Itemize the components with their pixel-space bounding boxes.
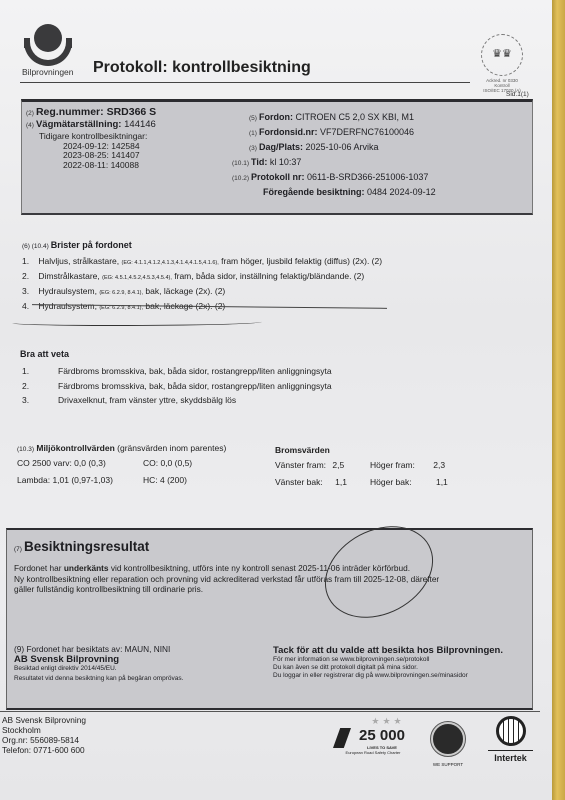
handwritten-underline xyxy=(12,319,262,326)
good-to-know-heading: Bra att veta xyxy=(20,349,69,359)
good-to-know-list: 1.Färdbroms bromsskiva, bak, båda sidor,… xyxy=(22,366,332,410)
inspector-company: AB Svensk Bilprovning xyxy=(14,655,183,665)
defect-item: 2. Dimstrålkastare, (EG: 4.5.1,4.5.2,4.5… xyxy=(22,271,382,286)
co-value: CO: 0,0 (0,5) xyxy=(143,458,192,468)
brake-left-front: Vänster fram: 2,5 xyxy=(275,460,344,470)
inspector-info: (9) Fordonet har besiktats av: MAUN, NIN… xyxy=(14,645,183,683)
defects-list: 1. Halvljus, strålkastare, (EG: 4.1.1,4.… xyxy=(22,256,382,316)
previous-inspections: Tidigare kontrollbesiktningar: 2024-09-1… xyxy=(39,132,147,170)
road-icon xyxy=(333,728,351,748)
info-line: Du kan även se ditt protokoll digitalt p… xyxy=(273,664,503,672)
stars-icon: ★★★ xyxy=(363,716,413,727)
good-to-know-item: 2.Färdbroms bromsskiva, bak, båda sidor,… xyxy=(22,381,332,396)
info-line: Du loggar in eller registrerar dig på ww… xyxy=(273,672,503,680)
intertek-badge: Intertek xyxy=(488,716,533,763)
vehicle-model-field: (5)Fordon: CITROEN C5 2,0 SX KBI, M1 xyxy=(249,112,414,122)
thanks-info: Tack för att du valde att besikta hos Bi… xyxy=(273,645,503,680)
brake-values-heading: Bromsvärden xyxy=(275,445,330,455)
intertek-globe-icon xyxy=(496,716,526,746)
global-compact-badge: WE SUPPORT xyxy=(428,716,468,767)
swedac-crowns-icon: ♛♛ xyxy=(481,34,523,76)
vin-field: (1)Fordonsid.nr: VF7DERFNC76100046 xyxy=(249,127,414,137)
globe-icon xyxy=(431,722,465,756)
road-safety-charter-badge: ★★★ 25 000 LIVES TO SAVE European Road S… xyxy=(333,716,413,755)
swedac-accreditation-badge: ♛♛ Ackred. nr 0330 Kontroll ISO/IEC 1702… xyxy=(472,34,532,96)
protocol-number-field: (10.2)Protokoll nr: 0611-B-SRD366-251006… xyxy=(232,172,428,182)
brake-right-rear: Höger bak: 1,1 xyxy=(370,477,448,487)
time-field: (10.1)Tid: kl 10:37 xyxy=(232,157,301,167)
previous-inspection-field: Föregående besiktning: 0484 2024-09-12 xyxy=(263,187,436,197)
inspection-protocol-page: Bilprovningen Protokoll: kontrollbesiktn… xyxy=(0,0,552,800)
odometer-field: (4)Vägmätarställning: 144146 xyxy=(26,119,156,130)
handwritten-circle xyxy=(309,508,449,636)
thanks-heading: Tack för att du valde att besikta hos Bi… xyxy=(273,645,503,656)
defect-item: 1. Halvljus, strålkastare, (EG: 4.1.1,4.… xyxy=(22,256,382,271)
defect-item-struck-through: 4. Hydraulsystem, (EG: 6.2.9, 8.4.1), ba… xyxy=(22,301,382,316)
emissions-heading: (10.3) Miljökontrollvärden (gränsvärden … xyxy=(17,443,226,453)
retest-note: Resultatet vid denna besiktning kan på b… xyxy=(14,674,183,684)
date-place-field: (3)Dag/Plats: 2025-10-06 Arvika xyxy=(249,142,379,152)
brand-name: Bilprovningen xyxy=(22,67,74,77)
result-text: Fordonet har underkänts vid kontrollbesi… xyxy=(14,563,524,595)
previous-inspection-row: 2022-08-11: 140088 xyxy=(39,161,147,171)
company-address: AB Svensk Bilprovning Stockholm Org.nr: … xyxy=(2,715,86,755)
defect-item: 3. Hydraulsystem, (EG: 6.2.9, 8.4.1), ba… xyxy=(22,286,382,301)
directive-note: Besiktad enligt direktiv 2014/45/EU. xyxy=(14,664,183,674)
defects-heading: (6) (10.4)Brister på fordonet xyxy=(22,240,132,250)
lambda-value: Lambda: 1,01 (0,97-1,03) xyxy=(17,475,113,485)
good-to-know-item: 3.Drivaxelknut, fram vänster yttre, skyd… xyxy=(22,395,332,410)
vehicle-info-box: (2)Reg.nummer: SRD366 S (4)Vägmätarställ… xyxy=(21,99,533,215)
good-to-know-item: 1.Färdbroms bromsskiva, bak, båda sidor,… xyxy=(22,366,332,381)
brake-left-rear: Vänster bak: 1,1 xyxy=(275,477,347,487)
reg-number-field: (2)Reg.nummer: SRD366 S xyxy=(26,106,156,118)
brake-right-front: Höger fram: 2,3 xyxy=(370,460,445,470)
inspection-result-box: (7)Besiktningsresultat Fordonet har unde… xyxy=(6,528,533,710)
result-heading: (7)Besiktningsresultat xyxy=(14,539,149,554)
header-divider xyxy=(20,82,470,83)
hc-value: HC: 4 (200) xyxy=(143,475,187,485)
footer-divider xyxy=(0,711,540,712)
background-surface xyxy=(552,0,565,800)
info-line: För mer information se www.bilprovningen… xyxy=(273,656,503,664)
page-number: Sid.1(1) xyxy=(506,91,529,98)
co-2500-value: CO 2500 varv: 0,0 (0,3) xyxy=(17,458,106,468)
page-title: Protokoll: kontrollbesiktning xyxy=(93,59,311,77)
